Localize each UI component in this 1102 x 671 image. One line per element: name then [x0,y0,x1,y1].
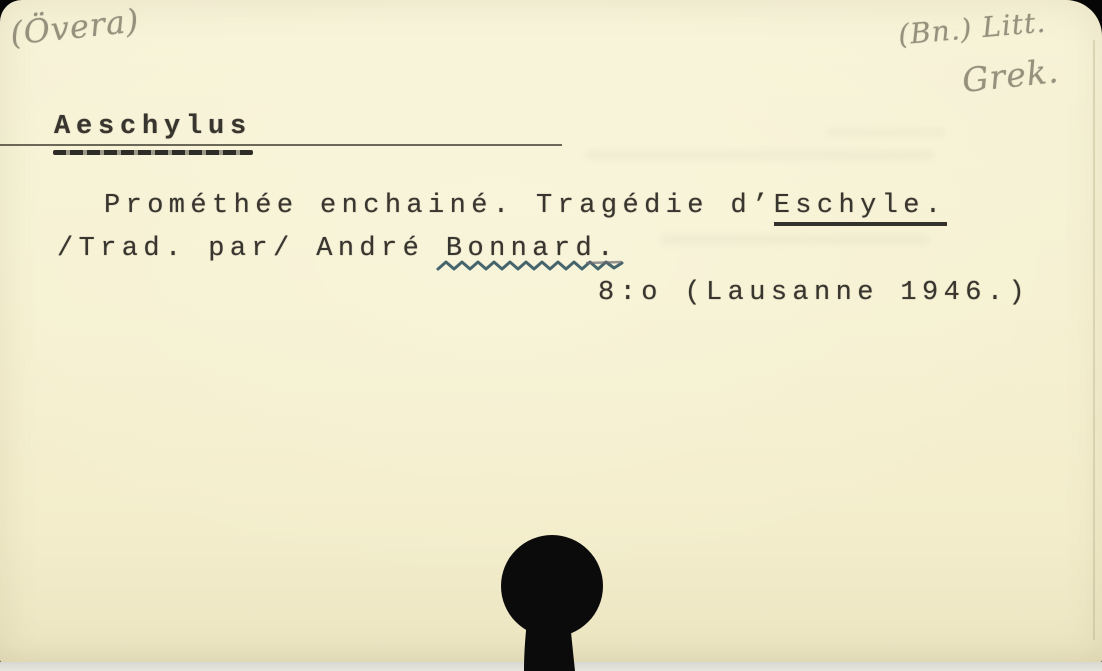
card-edge-shadow [1093,40,1095,640]
catalog-rod-hole [465,518,640,671]
handwritten-annotation-top-left: (Övera) [8,1,141,52]
faint-smudge [585,150,935,160]
handwritten-classification-line2: Grek. [960,51,1061,100]
title-underlined-word: Eschyle. [774,191,947,226]
faint-smudge [660,234,930,245]
wavy-underline-mark [436,257,624,275]
title-text: Prométhée enchainé. Tragédie d’ [104,191,774,221]
faint-smudge [825,128,945,137]
heading-rule-line [0,144,562,146]
title-line: Prométhée enchainé. Tragédie d’Eschyle. [104,190,947,222]
scanned-catalog-card: (Övera) (Bn.) Litt. Grek. Aeschylus Prom… [0,0,1102,671]
handwritten-classification-line1: (Bn.) Litt. [897,6,1048,52]
imprint-line: 8:o (Lausanne 1946.) [598,277,1030,309]
heading-typed-underline [53,150,253,155]
author-heading: Aeschylus [54,111,252,143]
translator-statement: /Trad. par/ André [57,234,446,264]
